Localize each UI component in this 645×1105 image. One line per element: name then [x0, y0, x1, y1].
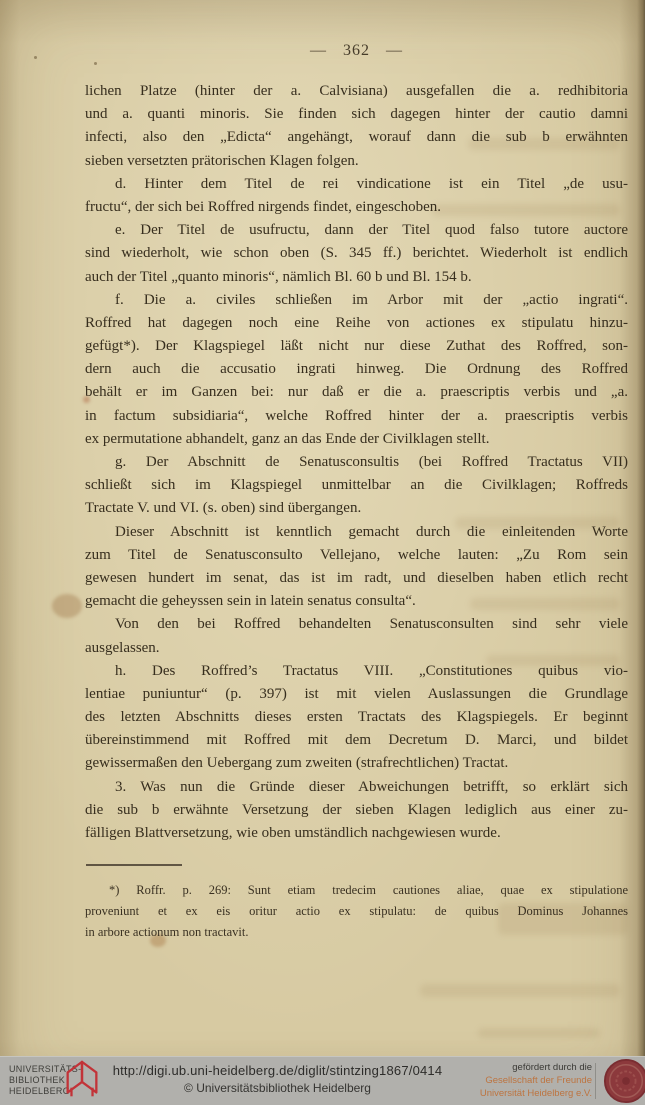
- footnote-separator: [86, 864, 182, 866]
- footer-center: http://digi.ub.uni-heidelberg.de/diglit/…: [105, 1063, 450, 1095]
- footnote-line: in arbore actionum non tractavit.: [85, 922, 628, 943]
- footnote-line: *) Roffr. p. 269: Sunt etiam tredecim ca…: [85, 880, 628, 901]
- text-line: g. Der Abschnitt de Senatusconsultis (be…: [85, 451, 628, 474]
- header-dash-left: —: [310, 42, 327, 59]
- paper-speck: [34, 56, 37, 59]
- text-line: behält er im Ganzen bei: nur daß er die …: [85, 381, 628, 404]
- text-line: übereinstimmend mit Roffred mit dem Decr…: [85, 729, 628, 752]
- funding-org-line2: Universität Heidelberg e.V.: [480, 1087, 592, 1100]
- page-edge-shadow: [637, 0, 645, 1058]
- text-line: auch der Titel „quanto minoris“, nämlich…: [85, 266, 628, 289]
- text-line: gewissermaßen den Uebergang zum zweiten …: [85, 752, 628, 775]
- text-line: schließt sich im Klagspiegel unmittelbar…: [85, 474, 628, 497]
- text-line: des letzten Abschnitts dieses ersten Tra…: [85, 706, 628, 729]
- text-line: lentiae puniuntur“ (p. 397) ist mit viel…: [85, 683, 628, 706]
- text-line: zum Titel de Senatusconsulto Vellejano, …: [85, 544, 628, 567]
- paper-speck: [94, 62, 97, 65]
- text-line: fructu“, der sich bei Roffred nirgends f…: [85, 196, 628, 219]
- page-number: —362—: [85, 42, 628, 60]
- text-line: Roffred hat dagegen noch eine Reihe von …: [85, 312, 628, 335]
- text-line: 3. Was nun die Gründe dieser Abweichunge…: [85, 776, 628, 799]
- text-line: sind wiederholt, wie schon oben (S. 345 …: [85, 242, 628, 265]
- page-number-value: 362: [343, 42, 370, 59]
- text-line: in factum subsidiaria“, welche Roffred h…: [85, 405, 628, 428]
- page-text: lichen Platze (hinter der a. Calvisiana)…: [85, 80, 628, 845]
- text-line: ex permutatione abhandelt, ganz an das E…: [85, 428, 628, 451]
- text-line: dern auch die accusatio ingrati hinweg. …: [85, 358, 628, 381]
- scan-footer-bar: UNIVERSITÄTS- BIBLIOTHEK HEIDELBERG http…: [0, 1056, 645, 1105]
- text-line: h. Des Roffred’s Tractatus VIII. „Consti…: [85, 660, 628, 683]
- text-line: Tractate V. und VI. (s. oben) sind überg…: [85, 497, 628, 520]
- open-book-icon: [60, 1059, 104, 1105]
- text-line: die sub b erwähnte Versetzung der sieben…: [85, 799, 628, 822]
- paper-stain: [52, 594, 82, 618]
- text-line: gefügt*). Der Klagspiegel läßt nicht nur…: [85, 335, 628, 358]
- funding-org-line1: Gesellschaft der Freunde: [480, 1074, 592, 1087]
- bleed-through-ghost: [420, 984, 620, 997]
- text-line: fälligen Blattversetzung, wie oben umstä…: [85, 822, 628, 845]
- text-line: infecti, also den „Edicta“ angehängt, wo…: [85, 126, 628, 149]
- text-line: lichen Platze (hinter der a. Calvisiana)…: [85, 80, 628, 103]
- text-line: und a. quanti minoris. Sie finden sich d…: [85, 103, 628, 126]
- footnote-text: *) Roffr. p. 269: Sunt etiam tredecim ca…: [85, 880, 628, 943]
- bleed-through-ghost: [478, 1028, 600, 1038]
- text-line: sieben versetzten prätorischen Klagen fo…: [85, 150, 628, 173]
- text-line: gewesen hundert im senat, das ist im rad…: [85, 567, 628, 590]
- copyright-notice: © Universitätsbibliothek Heidelberg: [105, 1081, 450, 1095]
- text-line: ausgelassen.: [85, 637, 628, 660]
- footnote-line: proveniunt et ex eis oritur actio ex sti…: [85, 901, 628, 922]
- university-seal-icon: [603, 1058, 645, 1105]
- funding-credit: gefördert durch die Gesellschaft der Fre…: [480, 1061, 592, 1100]
- funding-prefix: gefördert durch die: [480, 1061, 592, 1074]
- text-line: Von den bei Roffred behandelten Senatusc…: [85, 613, 628, 636]
- text-line: d. Hinter dem Titel de rei vindicatione …: [85, 173, 628, 196]
- footer-divider: [595, 1063, 596, 1099]
- text-line: e. Der Titel de usufructu, dann der Tite…: [85, 219, 628, 242]
- header-dash-right: —: [386, 42, 403, 59]
- text-line: f. Die a. civiles schließen im Arbor mit…: [85, 289, 628, 312]
- book-page-scan: —362— lichen Platze (hinter der a. Calvi…: [0, 0, 645, 1105]
- document-url-link[interactable]: http://digi.ub.uni-heidelberg.de/diglit/…: [105, 1063, 450, 1078]
- text-line: gemacht die geheyssen sein in latein sen…: [85, 590, 628, 613]
- text-line: Dieser Abschnitt ist kenntlich gemacht d…: [85, 521, 628, 544]
